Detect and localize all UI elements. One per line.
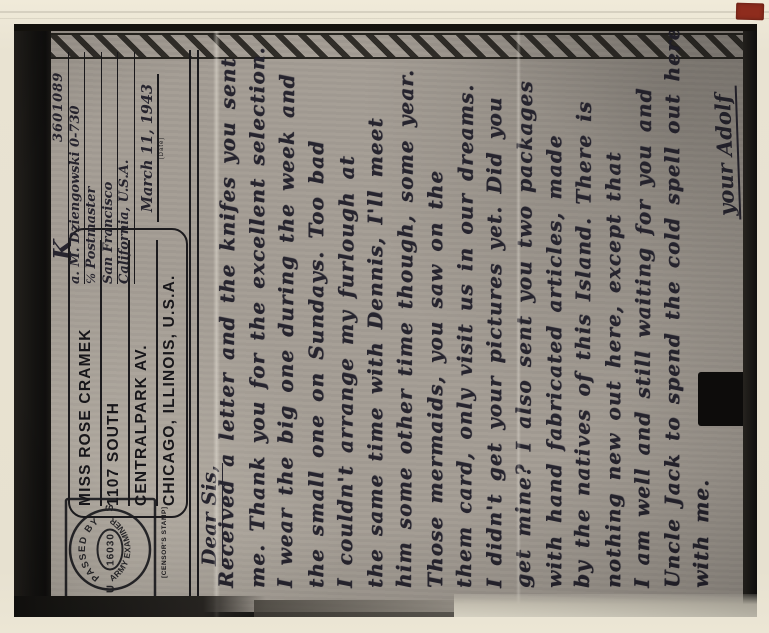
photo-bottom-edge-light <box>454 594 757 617</box>
letter-wrap: PASSED BY ARMY EXAMINER U S 16030 [CENSO… <box>48 30 748 612</box>
photo-top-edge <box>14 24 757 31</box>
date-field: March 11, 1943 (Date) <box>139 74 165 222</box>
photo-border-streak <box>0 18 769 19</box>
letter-body: Received a letter and the knifes you sen… <box>213 32 718 588</box>
sender-line: a. M. Dziengowski 0-730 <box>69 52 86 284</box>
sender-line: San Francisco <box>102 52 119 284</box>
vmail-photograph: PASSED BY ARMY EXAMINER U S 16030 [CENSO… <box>0 0 769 633</box>
photo-left-edge <box>14 24 51 617</box>
letter-line: him some other time though, some year. <box>390 32 422 588</box>
letter-line: me. Thank you for the excellent selectio… <box>243 32 273 588</box>
letter-line: get mine? I also sent you two packages <box>509 32 541 588</box>
letter-line: Received a letter and the knifes you sen… <box>212 32 244 588</box>
signature: your Adolf <box>710 86 742 221</box>
photo-bottom-edge-mid <box>254 600 464 617</box>
photo-dark-blotch <box>698 372 749 426</box>
letter-line: the same time with Dennis, I'll meet <box>361 32 391 588</box>
photo-border-streak <box>0 11 769 13</box>
letter-line: by the natives of this Island. There is <box>568 32 600 588</box>
letter-line: Those mermaids, you saw on the <box>421 32 451 588</box>
letter-line: them card, only visit us in our dreams. <box>449 32 481 588</box>
photo-area: PASSED BY ARMY EXAMINER U S 16030 [CENSO… <box>14 24 757 617</box>
sender-serial: 3601089 <box>52 52 69 284</box>
stamp-letter-u: U <box>105 585 117 593</box>
red-corner-mark <box>736 3 764 21</box>
letter-line: I wear the big one during the week and <box>271 32 303 588</box>
photo-right-edge <box>743 24 757 617</box>
letter-line: with hand fabricated articles, made <box>540 32 570 588</box>
letter-line: nothing new out here, except that <box>599 32 629 588</box>
letter-line: Uncle Jack to spend the cold spell out h… <box>658 32 688 588</box>
photo-bottom-edge-dark <box>14 596 266 617</box>
stamp-number: 16030 <box>106 533 117 566</box>
letter-line: I didn't get your pictures yet. Did you <box>480 32 510 588</box>
sender-address-block: 3601089 a. M. Dziengowski 0-730 ℅ Postma… <box>52 52 165 284</box>
date-caption: (Date) <box>159 74 165 222</box>
vmail-letter: PASSED BY ARMY EXAMINER U S 16030 [CENSO… <box>48 30 748 612</box>
sender-line: California, U.S.A. <box>118 52 135 284</box>
letter-line: I couldn't arrange my furlough at <box>331 32 363 588</box>
sender-line: ℅ Postmaster <box>85 52 102 284</box>
letter-line: I am well and still waiting for you and <box>627 32 659 588</box>
letter-line: the small one on Sundays. Too bad <box>302 32 332 588</box>
date-value: March 11, 1943 <box>139 74 159 222</box>
